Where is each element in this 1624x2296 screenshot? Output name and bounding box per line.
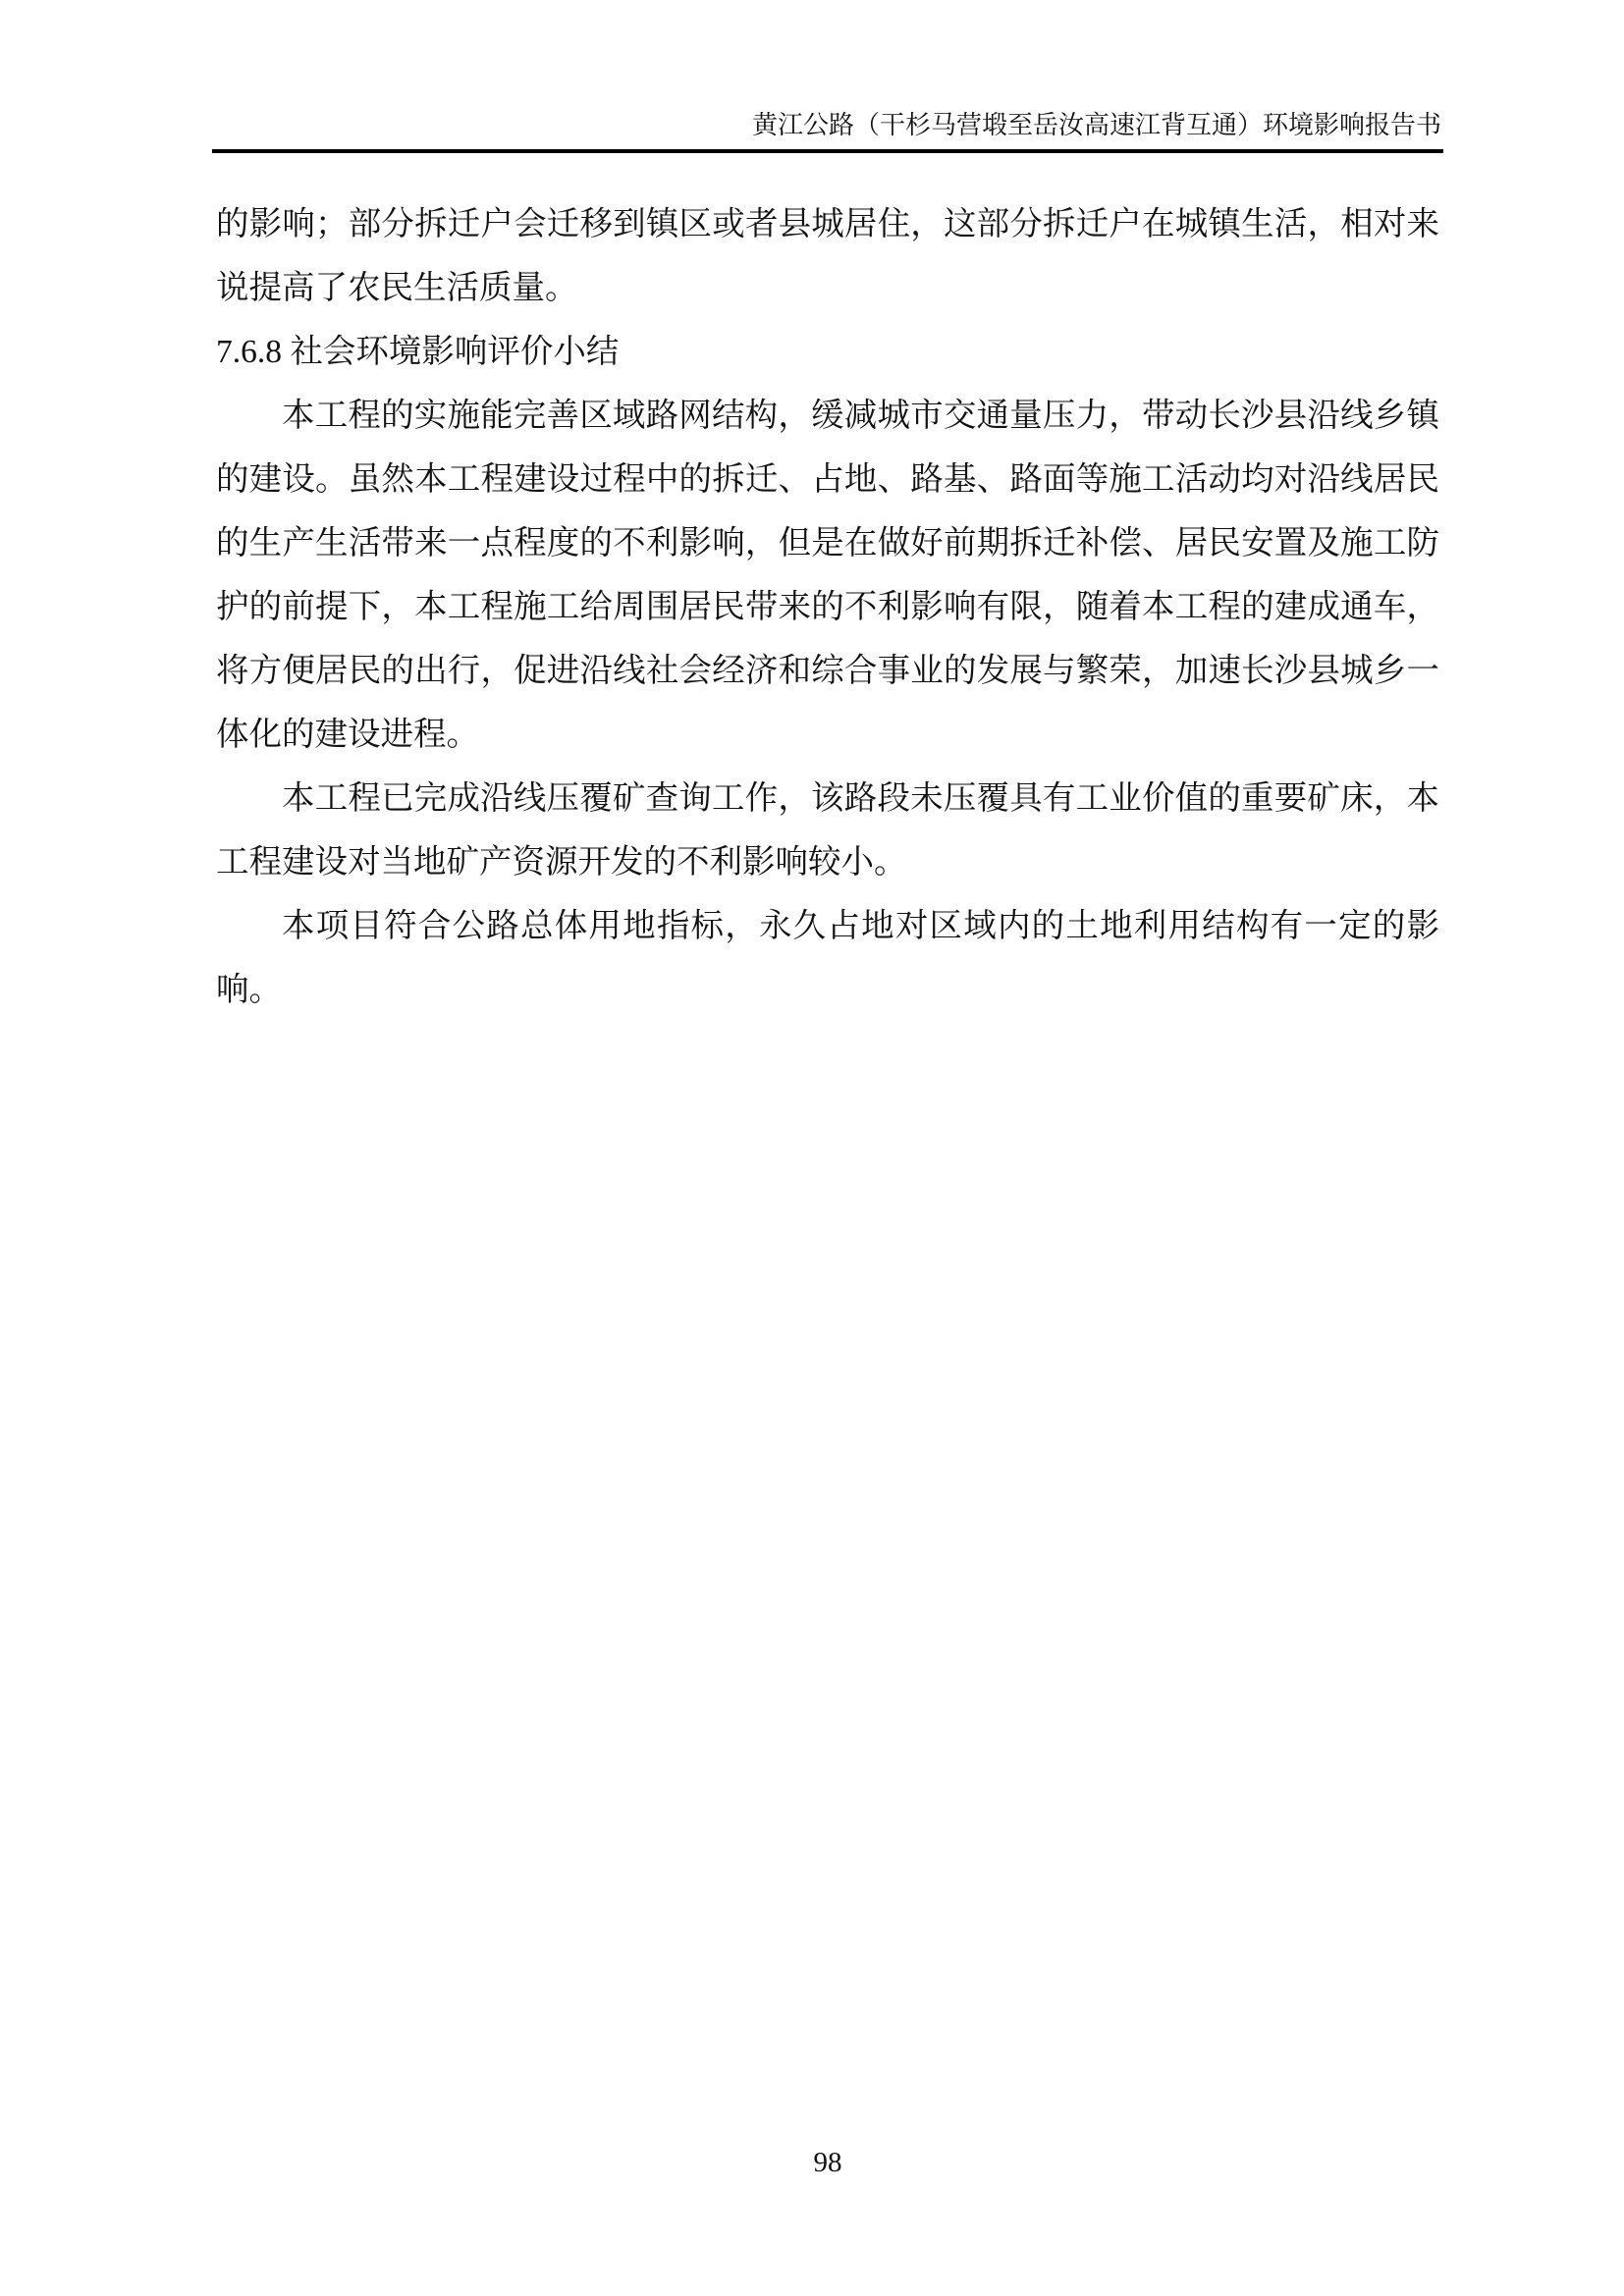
document-page: 黄江公路（干杉马营塅至岳汝高速江背互通）环境影响报告书 的影响；部分拆迁户会迁移… — [0, 0, 1624, 2296]
text-line: 工程建设对当地矿产资源开发的不利影响较小。 — [216, 830, 1439, 894]
running-header-title: 黄江公路（干杉马营塅至岳汝高速江背互通）环境影响报告书 — [212, 106, 1441, 145]
body-text-block: 的影响；部分拆迁户会迁移到镇区或者县城居住，这部分拆迁户在城镇生活，相对来 说提… — [216, 192, 1439, 1022]
text-line: 护的前提下，本工程施工给周围居民带来的不利影响有限，随着本工程的建成通车， — [216, 575, 1439, 639]
section-heading: 7.6.8 社会环境影响评价小结 — [216, 320, 1439, 384]
text-line: 的生产生活带来一点程度的不利影响，但是在做好前期拆迁补偿、居民安置及施工防 — [216, 511, 1439, 575]
text-line: 体化的建设进程。 — [216, 703, 1439, 767]
text-line: 的建设。虽然本工程建设过程中的拆迁、占地、路基、路面等施工活动均对沿线居民 — [216, 448, 1439, 511]
text-line: 的影响；部分拆迁户会迁移到镇区或者县城居住，这部分拆迁户在城镇生活，相对来 — [216, 192, 1439, 256]
text-line: 本项目符合公路总体用地指标，永久占地对区域内的土地利用结构有一定的影 — [216, 894, 1439, 958]
text-line: 本工程已完成沿线压覆矿查询工作，该路段未压覆具有工业价值的重要矿床，本 — [216, 767, 1439, 830]
text-line: 将方便居民的出行，促进沿线社会经济和综合事业的发展与繁荣，加速长沙县城乡一 — [216, 639, 1439, 703]
header-rule — [212, 149, 1443, 153]
text-line: 响。 — [216, 958, 1439, 1022]
text-line: 说提高了农民生活质量。 — [216, 256, 1439, 320]
page-number: 98 — [212, 2146, 1443, 2179]
text-line: 本工程的实施能完善区域路网结构，缓减城市交通量压力，带动长沙县沿线乡镇 — [216, 384, 1439, 448]
